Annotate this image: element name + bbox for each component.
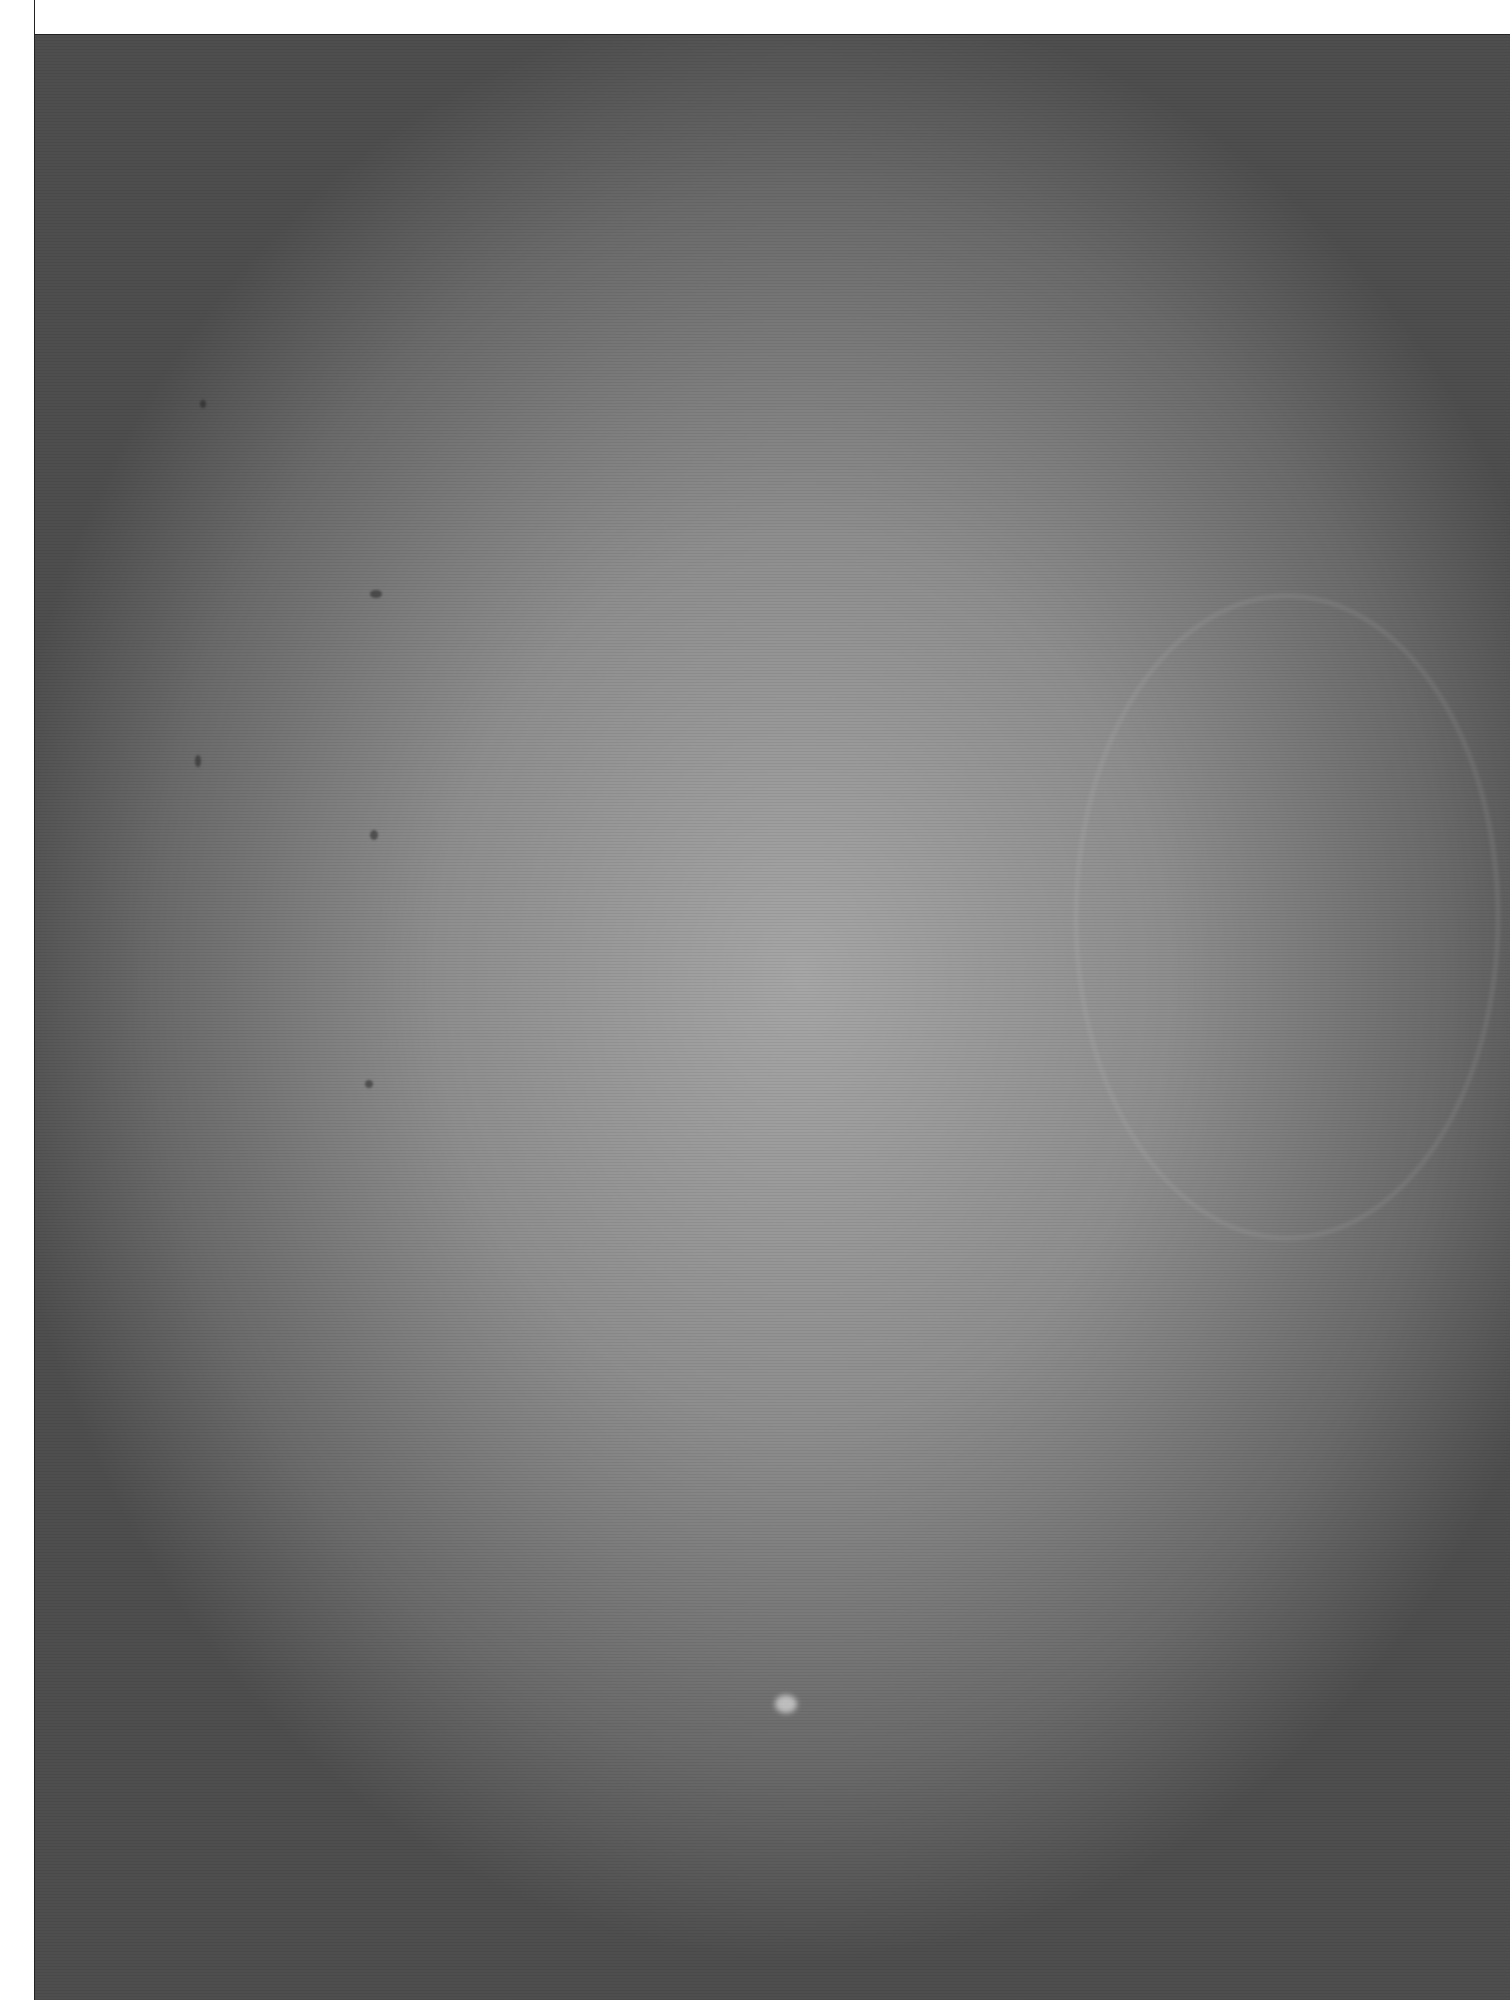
undertext-circle — [1075, 595, 1499, 1239]
ink-stain — [365, 1080, 373, 1088]
ink-stain — [370, 590, 382, 598]
manuscript-scan — [35, 35, 1510, 2000]
ruler-left — [0, 0, 35, 2000]
ink-stain — [195, 755, 201, 767]
ruler-top — [0, 0, 1510, 35]
ink-stain — [370, 830, 378, 840]
bright-spot — [775, 1695, 797, 1713]
ink-stain — [200, 400, 206, 408]
